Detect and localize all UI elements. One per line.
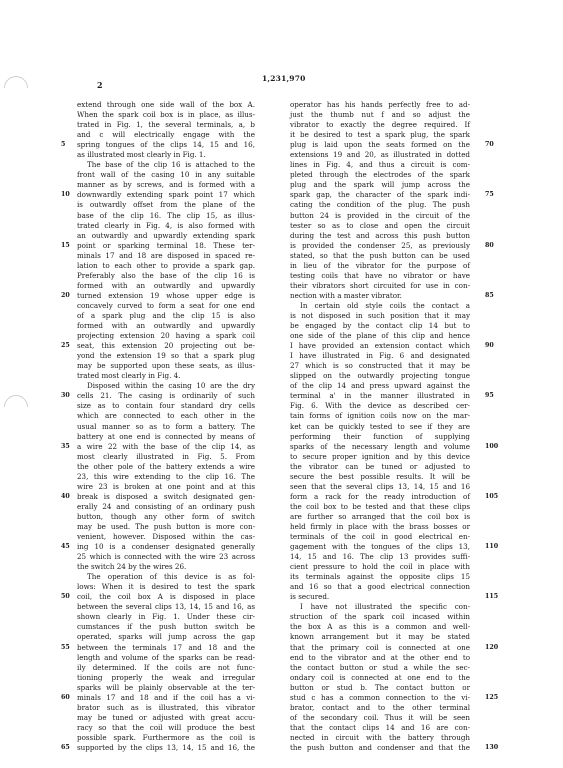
text-line: battery at one end is connected by means…: [77, 432, 255, 442]
line-text: extensions 19 and 20, as illustrated in …: [290, 150, 470, 159]
line-text: cating the condition of the plug. The pu…: [290, 200, 470, 209]
line-text: nection with a master vibrator.: [290, 291, 402, 300]
text-line: which are connected to each other in the: [77, 411, 255, 421]
line-text: front wall of the casing 10 in any suita…: [77, 170, 255, 179]
text-line: an outwardly and upwardly extending spar…: [77, 231, 255, 241]
text-line: vibrator to exactly the degree required.…: [290, 120, 470, 130]
line-text: cells 21. The casing is ordinarily of su…: [77, 391, 255, 400]
line-number: 70: [485, 140, 494, 150]
line-number: 30: [61, 391, 70, 401]
line-text: a wire 22 with the base of the clip 14, …: [77, 442, 255, 451]
text-line: break is disposed a switch designated ge…: [77, 492, 255, 502]
text-line: of the clip 14 and press upward against …: [290, 381, 470, 391]
text-line: form a rack for the ready introduction o…: [290, 492, 470, 502]
line-text: of the secondary coil. Thus it will be s…: [290, 713, 470, 722]
text-line: possible spark. Furthermore as the coil …: [77, 733, 255, 743]
line-text: I have illustrated in Fig. 6 and designa…: [290, 351, 470, 360]
text-line: lines in Fig. 4, and thus a circuit is c…: [290, 160, 470, 170]
line-text: length and volume of the sparks can be r…: [77, 653, 255, 662]
line-number: 75: [485, 190, 494, 200]
text-line: spring tongues of the clips 14, 15 and 1…: [77, 140, 255, 150]
line-number: 35: [61, 442, 70, 452]
line-text: possible spark. Furthermore as the coil …: [77, 733, 255, 742]
line-text: may be used. The push button is more con…: [77, 522, 255, 531]
text-line: 27 which is so constructed that it may b…: [290, 361, 470, 371]
line-number: 25: [61, 341, 70, 351]
text-line: to secure proper ignition and by this de…: [290, 452, 470, 462]
text-line: the box A as this is a common and well-: [290, 622, 470, 632]
text-line: formed with an outwardly and upwardly: [77, 321, 255, 331]
line-text: ing 10 is a condenser designated general…: [77, 542, 255, 551]
line-text: tioning properly the weak and irregular: [77, 673, 255, 682]
line-text: usual manner so as to form a battery. Th…: [77, 422, 255, 431]
text-line: 23, this wire extending to the clip 16. …: [77, 472, 255, 482]
line-text: plug and the spark will jump across the: [290, 180, 470, 189]
text-line: usual manner so as to form a battery. Th…: [77, 422, 255, 432]
line-number: 100: [485, 442, 498, 452]
text-line: In certain old style coils the contact a: [290, 301, 470, 311]
text-line: held firmly in place with the brass boss…: [290, 522, 470, 532]
text-line: terminal a' in the manner illustrated in…: [290, 391, 470, 401]
line-text: I have not illustrated the specific con-: [300, 602, 470, 611]
line-text: the contact button or stud a while the s…: [290, 663, 470, 672]
text-line: stated, so that the push button can be u…: [290, 251, 470, 261]
line-number: 5: [61, 140, 65, 150]
text-line: venient, however. Disposed within the ca…: [77, 532, 255, 542]
line-text: trated in Fig. 1, the several terminals,…: [77, 120, 255, 129]
text-line: sparks of the necessary length and volum…: [290, 442, 470, 452]
text-line: button or stud b. The contact button or: [290, 683, 470, 693]
text-line: cating the condition of the plug. The pu…: [290, 200, 470, 210]
text-line: projecting extension 20 having a spark c…: [77, 331, 255, 341]
line-text: point or sparking terminal 18. These ter…: [77, 241, 255, 250]
line-text: vibrator to exactly the degree required.…: [290, 120, 470, 129]
text-line: Disposed within the casing 10 are the dr…: [77, 381, 255, 391]
line-text: In certain old style coils the contact a: [300, 301, 470, 310]
text-line: The base of the clip 16 is attached to t…: [77, 160, 255, 170]
text-line: is secured.115: [290, 592, 470, 602]
text-line: nected in circuit with the battery throu…: [290, 733, 470, 743]
line-number: 45: [61, 542, 70, 552]
line-text: spark gap, the character of the spark in…: [290, 190, 470, 199]
text-line: secure the best possible results. It wil…: [290, 472, 470, 482]
line-text: yond the extension 19 so that a spark pl…: [77, 351, 255, 360]
line-text: is outwardly offset from the plane of th…: [77, 200, 255, 209]
text-line: 14, 15 and 16. The clip 13 provides suff…: [290, 552, 470, 562]
line-number: 120: [485, 643, 498, 653]
text-line: minals 17 and 18 and if the coil has a v…: [77, 693, 255, 703]
text-line: ondary coil is connected at one end to t…: [290, 673, 470, 683]
line-text: during the test and across this push but…: [290, 231, 470, 240]
text-line: The operation of this device is as fol-: [77, 572, 255, 582]
text-line: terminals of the coil in good electrical…: [290, 532, 470, 542]
line-number: 15: [61, 241, 70, 251]
line-text: terminals of the coil in good electrical…: [290, 532, 470, 541]
line-text: brator such as is illustrated, this vibr…: [77, 703, 255, 712]
line-text: are further so arranged that the coil bo…: [290, 512, 470, 521]
text-line: sparks will be plainly observable at the…: [77, 683, 255, 693]
line-text: seat, this extension 20 projecting out b…: [77, 341, 255, 350]
text-line: in lieu of the vibrator for the purpose …: [290, 261, 470, 271]
line-text: manner as by screws, and is formed with …: [77, 180, 255, 189]
line-text: held firmly in place with the brass boss…: [290, 522, 470, 531]
text-line: I have provided an extension contact whi…: [290, 341, 470, 351]
line-text: concavely curved to form a seat for one …: [77, 301, 255, 310]
text-line: during the test and across this push but…: [290, 231, 470, 241]
text-line: pleted through the electrodes of the spa…: [290, 170, 470, 180]
text-line: the switch 24 by the wires 26.: [77, 562, 255, 572]
text-line: concavely curved to form a seat for one …: [77, 301, 255, 311]
line-number: 110: [485, 542, 498, 552]
line-text: 25 which is connected with the wire 23 a…: [77, 552, 255, 561]
line-text: button 24 is provided in the circuit of …: [290, 211, 470, 220]
line-text: battery at one end is connected by means…: [77, 432, 255, 441]
text-line: the coil box to be tested and that these…: [290, 502, 470, 512]
text-line: gagement with the tongues of the clips 1…: [290, 542, 470, 552]
line-text: shown clearly in Fig. 1. Under these cir…: [77, 612, 255, 621]
line-text: the switch 24 by the wires 26.: [77, 562, 186, 571]
line-text: lows: When it is desired to test the spa…: [77, 582, 255, 591]
text-line: slipped on the outwardly projecting tong…: [290, 371, 470, 381]
line-text: pleted through the electrodes of the spa…: [290, 170, 470, 179]
text-line: wire 23 is broken at one point and at th…: [77, 482, 255, 492]
text-line: one side of the plane of this clip and h…: [290, 331, 470, 341]
text-line: lation to each other to provide a spark …: [77, 261, 255, 271]
text-line: it be desired to test a spark plug, the …: [290, 130, 470, 140]
text-line: be engaged by the contact clip 14 but to: [290, 321, 470, 331]
line-text: coil, the coil box A is disposed in plac…: [77, 592, 255, 601]
text-line: size as to contain four standard dry cel…: [77, 401, 255, 411]
text-line: When the spark coil box is in place, as …: [77, 110, 255, 120]
line-text: the other pole of the battery extends a …: [77, 462, 255, 471]
line-text: ondary coil is connected at one end to t…: [290, 673, 470, 682]
line-text: operator has his hands perfectly free to…: [290, 100, 470, 109]
text-line: just the thumb nut f and so adjust the: [290, 110, 470, 120]
text-line: the contact button or stud a while the s…: [290, 663, 470, 673]
line-text: lines in Fig. 4, and thus a circuit is c…: [290, 160, 470, 169]
text-line: button 24 is provided in the circuit of …: [290, 211, 470, 221]
text-line: 25 which is connected with the wire 23 a…: [77, 552, 255, 562]
line-text: racy so that the coil will produce the b…: [77, 723, 255, 732]
line-number: 60: [61, 693, 70, 703]
line-text: operated, sparks will jump across the ga…: [77, 632, 255, 641]
text-line: and 16 so that a good electrical connect…: [290, 582, 470, 592]
line-text: the push button and condenser and that t…: [290, 743, 470, 752]
text-line: Preferably also the base of the clip 16 …: [77, 271, 255, 281]
line-text: testing coils that have no vibrator or h…: [290, 271, 470, 280]
line-text: cumstances if the push button switch be: [77, 622, 255, 631]
page-number: 2: [97, 80, 103, 90]
line-text: the vibrator can be tuned or adjusted to: [290, 462, 470, 471]
line-text: between the terminals 17 and 18 and the: [77, 643, 255, 652]
text-line: that the contact clips 14 and 16 are con…: [290, 723, 470, 733]
text-line: cumstances if the push button switch be: [77, 622, 255, 632]
line-text: I have provided an extension contact whi…: [290, 341, 470, 350]
line-text: sparks will be plainly observable at the…: [77, 683, 255, 692]
text-line: downwardly extending spark point 17 whic…: [77, 190, 255, 200]
right-text-column: operator has his hands perfectly free to…: [290, 100, 470, 753]
line-text: terminal a' in the manner illustrated in: [290, 391, 470, 400]
line-text: brator, contact and to the other termina…: [290, 703, 470, 712]
line-text: stud c has a common connection to the vi…: [290, 693, 470, 702]
line-number: 40: [61, 492, 70, 502]
line-number: 130: [485, 743, 498, 753]
line-text: form a rack for the ready introduction o…: [290, 492, 470, 501]
text-line: is provided the condenser 25, as previou…: [290, 241, 470, 251]
line-text: and c will electrically engage with the: [77, 130, 255, 139]
text-line: between the terminals 17 and 18 and the5…: [77, 643, 255, 653]
line-text: size as to contain four standard dry cel…: [77, 401, 255, 410]
text-line: racy so that the coil will produce the b…: [77, 723, 255, 733]
text-line: front wall of the casing 10 in any suita…: [77, 170, 255, 180]
text-line: most clearly illustrated in Fig. 5. From: [77, 452, 255, 462]
line-text: 14, 15 and 16. The clip 13 provides suff…: [290, 552, 470, 561]
line-text: between the several clips 13, 14, 15 and…: [77, 602, 255, 611]
line-text: is not disposed in such position that it…: [290, 311, 470, 320]
line-text: Fig. 6. With the device as described cer…: [290, 401, 470, 410]
line-number: 125: [485, 693, 498, 703]
line-number: 115: [485, 592, 498, 602]
text-line: tester so as to close and open the circu…: [290, 221, 470, 231]
line-text: lation to each other to provide a spark …: [77, 261, 255, 270]
line-text: the box A as this is a common and well-: [290, 622, 470, 631]
text-line: performing their function of supplying: [290, 432, 470, 442]
text-line: turned extension 19 whose upper edge is2…: [77, 291, 255, 301]
line-text: that the primary coil is connected at on…: [290, 643, 470, 652]
text-line: that the primary coil is connected at on…: [290, 643, 470, 653]
text-line: testing coils that have no vibrator or h…: [290, 271, 470, 281]
line-text: The operation of this device is as fol-: [87, 572, 255, 581]
line-text: may be tuned or adjusted with great accu…: [77, 713, 255, 722]
line-text: to secure proper ignition and by this de…: [290, 452, 470, 461]
text-line: as illustrated most clearly in Fig. 1.: [77, 150, 255, 160]
text-line: ket can be quickly tested to see if they…: [290, 422, 470, 432]
line-text: 27 which is so constructed that it may b…: [290, 361, 470, 370]
line-text: ket can be quickly tested to see if they…: [290, 422, 470, 431]
line-text: ily determined. If the coils are not fun…: [77, 663, 255, 672]
line-number: 10: [61, 190, 70, 200]
line-text: venient, however. Disposed within the ca…: [77, 532, 255, 541]
line-text: The base of the clip 16 is attached to t…: [87, 160, 255, 169]
line-text: its terminals against the opposite clips…: [290, 572, 470, 581]
text-line: end to the vibrator and at the other end…: [290, 653, 470, 663]
text-line: shown clearly in Fig. 1. Under these cir…: [77, 612, 255, 622]
text-line: stud c has a common connection to the vi…: [290, 693, 470, 703]
text-line: of a spark plug and the clip 15 is also: [77, 311, 255, 321]
line-number: 55: [61, 643, 70, 653]
line-text: it be desired to test a spark plug, the …: [290, 130, 470, 139]
text-line: the vibrator can be tuned or adjusted to: [290, 462, 470, 472]
text-line: ily determined. If the coils are not fun…: [77, 663, 255, 673]
line-text: formed with an outwardly and upwardly: [77, 281, 255, 290]
text-line: trated clearly in Fig. 4, is also formed…: [77, 221, 255, 231]
line-text: performing their function of supplying: [290, 432, 470, 441]
line-text: gagement with the tongues of the clips 1…: [290, 542, 470, 551]
text-line: cells 21. The casing is ordinarily of su…: [77, 391, 255, 401]
line-text: extend through one side wall of the box …: [77, 100, 255, 109]
line-text: most clearly illustrated in Fig. 5. From: [77, 452, 255, 461]
text-line: of the secondary coil. Thus it will be s…: [290, 713, 470, 723]
line-text: spring tongues of the clips 14, 15 and 1…: [77, 140, 255, 149]
text-line: I have not illustrated the specific con-: [290, 602, 470, 612]
line-text: 23, this wire extending to the clip 16. …: [77, 472, 255, 481]
line-text: as illustrated most clearly in Fig. 1.: [77, 150, 206, 159]
line-text: When the spark coil box is in place, as …: [77, 110, 255, 119]
text-line: coil, the coil box A is disposed in plac…: [77, 592, 255, 602]
text-line: their vibrators short circuited for use …: [290, 281, 470, 291]
line-text: turned extension 19 whose upper edge is: [77, 291, 255, 300]
line-text: downwardly extending spark point 17 whic…: [77, 190, 255, 199]
line-text: nected in circuit with the battery throu…: [290, 733, 470, 742]
line-text: be engaged by the contact clip 14 but to: [290, 321, 470, 330]
text-line: trated in Fig. 1, the several terminals,…: [77, 120, 255, 130]
text-line: base of the clip 16. The clip 15, as ill…: [77, 211, 255, 221]
line-text: one side of the plane of this clip and h…: [290, 331, 470, 340]
line-text: minals 17 and 18 are disposed in spaced …: [77, 251, 255, 260]
text-line: Fig. 6. With the device as described cer…: [290, 401, 470, 411]
text-line: lows: When it is desired to test the spa…: [77, 582, 255, 592]
line-text: slipped on the outwardly projecting tong…: [290, 371, 470, 380]
line-text: of the clip 14 and press upward against …: [290, 381, 470, 390]
text-line: is outwardly offset from the plane of th…: [77, 200, 255, 210]
line-text: supported by the clips 13, 14, 15 and 16…: [77, 743, 255, 752]
text-line: the other pole of the battery extends a …: [77, 462, 255, 472]
line-text: and 16 so that a good electrical connect…: [290, 582, 470, 591]
text-line: supported by the clips 13, 14, 15 and 16…: [77, 743, 255, 753]
line-text: projecting extension 20 having a spark c…: [77, 331, 255, 340]
line-number: 95: [485, 391, 494, 401]
text-line: its terminals against the opposite clips…: [290, 572, 470, 582]
text-line: button, though any other form of switch: [77, 512, 255, 522]
text-line: spark gap, the character of the spark in…: [290, 190, 470, 200]
left-text-column: extend through one side wall of the box …: [77, 100, 255, 753]
text-line: is not disposed in such position that it…: [290, 311, 470, 321]
text-line: tain forms of ignition coils now on the …: [290, 411, 470, 421]
line-text: wire 23 is broken at one point and at th…: [77, 482, 255, 491]
patent-number: 1,231,970: [262, 74, 306, 83]
text-line: tioning properly the weak and irregular: [77, 673, 255, 683]
text-line: may be used. The push button is more con…: [77, 522, 255, 532]
line-number: 85: [485, 291, 494, 301]
line-text: is provided the condenser 25, as previou…: [290, 241, 470, 250]
line-text: break is disposed a switch designated ge…: [77, 492, 255, 501]
text-line: seen that the several clips 13, 14, 15 a…: [290, 482, 470, 492]
line-text: stated, so that the push button can be u…: [290, 251, 470, 260]
text-line: nection with a master vibrator.85: [290, 291, 470, 301]
line-text: is secured.: [290, 592, 329, 601]
line-text: seen that the several clips 13, 14, 15 a…: [290, 482, 470, 491]
text-line: struction of the spark coil incased with…: [290, 612, 470, 622]
line-text: secure the best possible results. It wil…: [290, 472, 470, 481]
line-text: tester so as to close and open the circu…: [290, 221, 470, 230]
text-line: may be supported upon these seats, as il…: [77, 361, 255, 371]
text-line: ing 10 is a condenser designated general…: [77, 542, 255, 552]
line-text: which are connected to each other in the: [77, 411, 255, 420]
line-text: trated clearly in Fig. 4, is also formed…: [77, 221, 255, 230]
line-number: 20: [61, 291, 70, 301]
text-line: point or sparking terminal 18. These ter…: [77, 241, 255, 251]
line-text: button, though any other form of switch: [77, 512, 255, 521]
text-line: manner as by screws, and is formed with …: [77, 180, 255, 190]
text-line: cient pressure to hold the coil in place…: [290, 562, 470, 572]
line-text: end to the vibrator and at the other end…: [290, 653, 470, 662]
text-line: yond the extension 19 so that a spark pl…: [77, 351, 255, 361]
line-text: cient pressure to hold the coil in place…: [290, 562, 470, 571]
line-number: 80: [485, 241, 494, 251]
line-text: may be supported upon these seats, as il…: [77, 361, 255, 370]
text-line: length and volume of the sparks can be r…: [77, 653, 255, 663]
line-text: struction of the spark coil incased with…: [290, 612, 470, 621]
line-text: known arrangement but it may be stated: [290, 632, 470, 641]
text-line: formed with an outwardly and upwardly: [77, 281, 255, 291]
text-line: operated, sparks will jump across the ga…: [77, 632, 255, 642]
line-text: button or stud b. The contact button or: [290, 683, 470, 692]
line-text: Disposed within the casing 10 are the dr…: [87, 381, 255, 390]
text-line: may be tuned or adjusted with great accu…: [77, 713, 255, 723]
line-text: formed with an outwardly and upwardly: [77, 321, 255, 330]
text-line: brator such as is illustrated, this vibr…: [77, 703, 255, 713]
text-line: between the several clips 13, 14, 15 and…: [77, 602, 255, 612]
text-line: plug is laid upon the seats formed on th…: [290, 140, 470, 150]
line-text: of a spark plug and the clip 15 is also: [77, 311, 255, 320]
line-text: the coil box to be tested and that these…: [290, 502, 470, 511]
line-text: erally 24 and consisting of an ordinary …: [77, 502, 255, 511]
line-text: in lieu of the vibrator for the purpose …: [290, 261, 470, 270]
line-text: that the contact clips 14 and 16 are con…: [290, 723, 470, 732]
text-line: a wire 22 with the base of the clip 14, …: [77, 442, 255, 452]
line-number: 90: [485, 341, 494, 351]
line-text: just the thumb nut f and so adjust the: [290, 110, 470, 119]
line-text: base of the clip 16. The clip 15, as ill…: [77, 211, 255, 220]
text-line: minals 17 and 18 are disposed in spaced …: [77, 251, 255, 261]
line-text: trated most clearly in Fig. 4.: [77, 371, 180, 380]
line-number: 65: [61, 743, 70, 753]
line-text: Preferably also the base of the clip 16 …: [77, 271, 255, 280]
punch-hole-mark: [0, 390, 33, 424]
text-line: are further so arranged that the coil bo…: [290, 512, 470, 522]
text-line: the push button and condenser and that t…: [290, 743, 470, 753]
text-line: extend through one side wall of the box …: [77, 100, 255, 110]
punch-hole-mark: [0, 71, 33, 105]
line-text: minals 17 and 18 and if the coil has a v…: [77, 693, 255, 702]
line-number: 50: [61, 592, 70, 602]
text-line: I have illustrated in Fig. 6 and designa…: [290, 351, 470, 361]
line-text: tain forms of ignition coils now on the …: [290, 411, 470, 420]
line-number: 105: [485, 492, 498, 502]
text-line: plug and the spark will jump across the: [290, 180, 470, 190]
line-text: their vibrators short circuited for use …: [290, 281, 470, 290]
text-line: seat, this extension 20 projecting out b…: [77, 341, 255, 351]
text-line: trated most clearly in Fig. 4.: [77, 371, 255, 381]
line-text: sparks of the necessary length and volum…: [290, 442, 470, 451]
text-line: and c will electrically engage with the: [77, 130, 255, 140]
text-line: brator, contact and to the other termina…: [290, 703, 470, 713]
text-line: erally 24 and consisting of an ordinary …: [77, 502, 255, 512]
line-text: an outwardly and upwardly extending spar…: [77, 231, 255, 240]
text-line: operator has his hands perfectly free to…: [290, 100, 470, 110]
text-line: extensions 19 and 20, as illustrated in …: [290, 150, 470, 160]
line-text: plug is laid upon the seats formed on th…: [290, 140, 470, 149]
text-line: known arrangement but it may be stated: [290, 632, 470, 642]
